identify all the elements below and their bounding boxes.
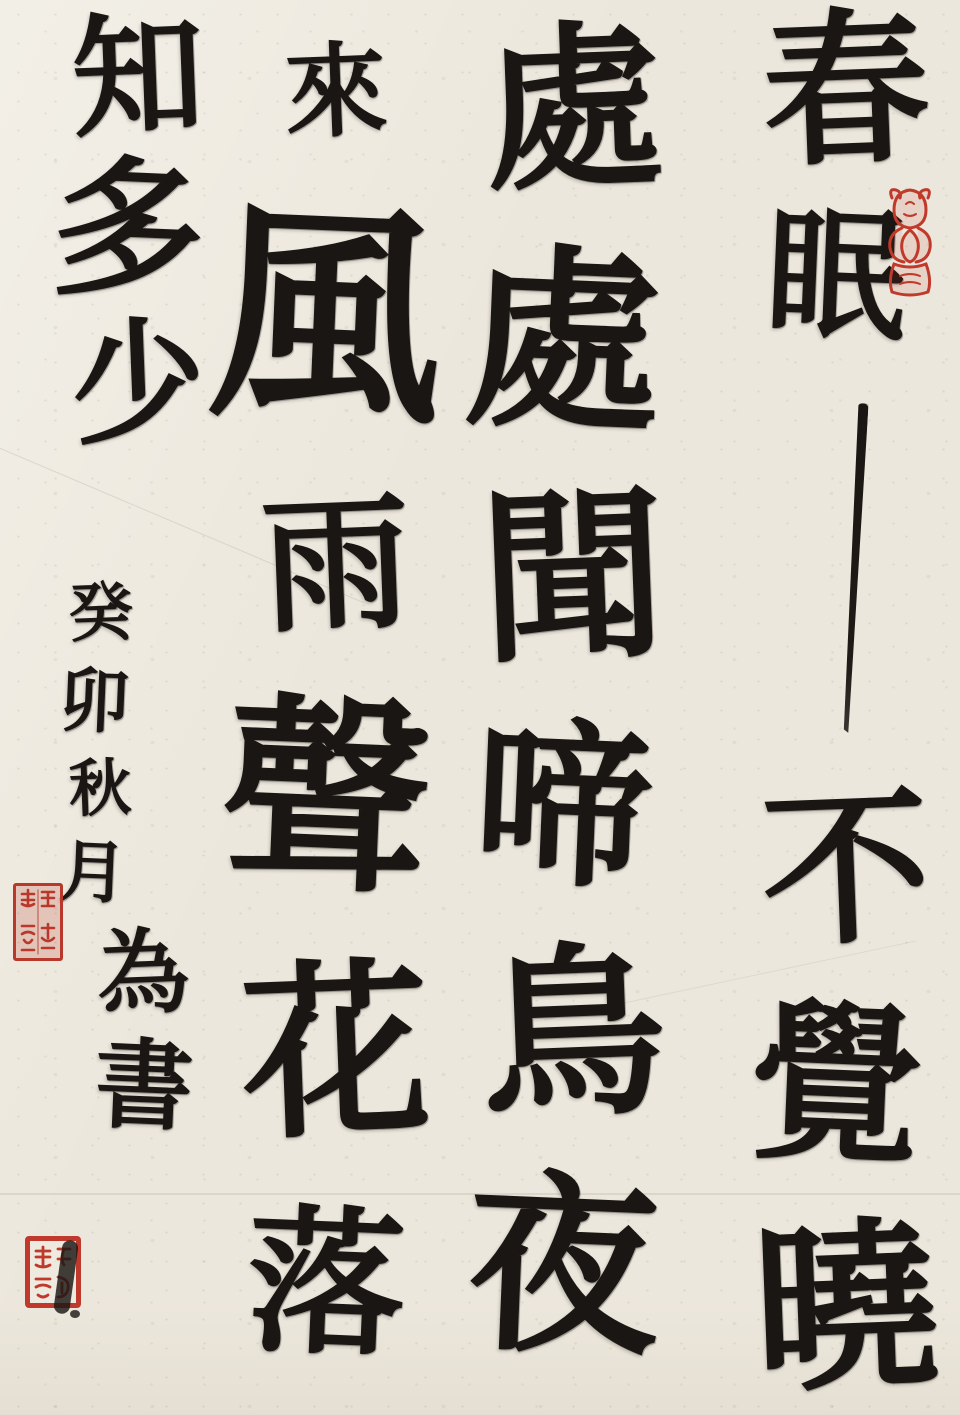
calligraphy-char: 春	[724, 11, 960, 173]
colophon-char: 癸	[68, 584, 134, 645]
calligraphy-char: 覺	[714, 1002, 958, 1170]
colophon-column: 癸 卯 秋 月 為 書	[50, 585, 224, 1133]
calligraphy-char: 知	[29, 14, 248, 144]
calligraphy-char: 落	[188, 1207, 464, 1364]
figure-seal	[882, 184, 938, 300]
calligraphy-char: 不	[724, 788, 960, 952]
paper-sheet: 春 眠 不 覺 曉 處 處 聞 啼 鳥 夜 來 風 雨 聲 花 落 知 多 少 …	[0, 0, 960, 1415]
calligraphy-char: 少	[29, 319, 248, 450]
colophon-char: 書	[93, 1040, 195, 1134]
calligraphy-char: 花	[198, 963, 474, 1146]
brush-stroke-tail	[840, 403, 868, 733]
calligraphy-char: 聲	[187, 699, 465, 901]
calligraphy-char: 曉	[724, 1220, 960, 1398]
colophon-char: 為	[95, 930, 190, 1018]
calligraphy-column-4: 知 多 少	[26, 18, 240, 447]
calligraphy-char: 多	[18, 157, 238, 306]
calligraphy-char: 雨	[198, 492, 473, 638]
colophon-char: 秋	[68, 759, 132, 818]
colophon-char: 卯	[58, 668, 131, 735]
ink-dot	[70, 1310, 80, 1318]
colophon-char: 月	[58, 842, 129, 907]
collector-seal	[13, 883, 63, 961]
